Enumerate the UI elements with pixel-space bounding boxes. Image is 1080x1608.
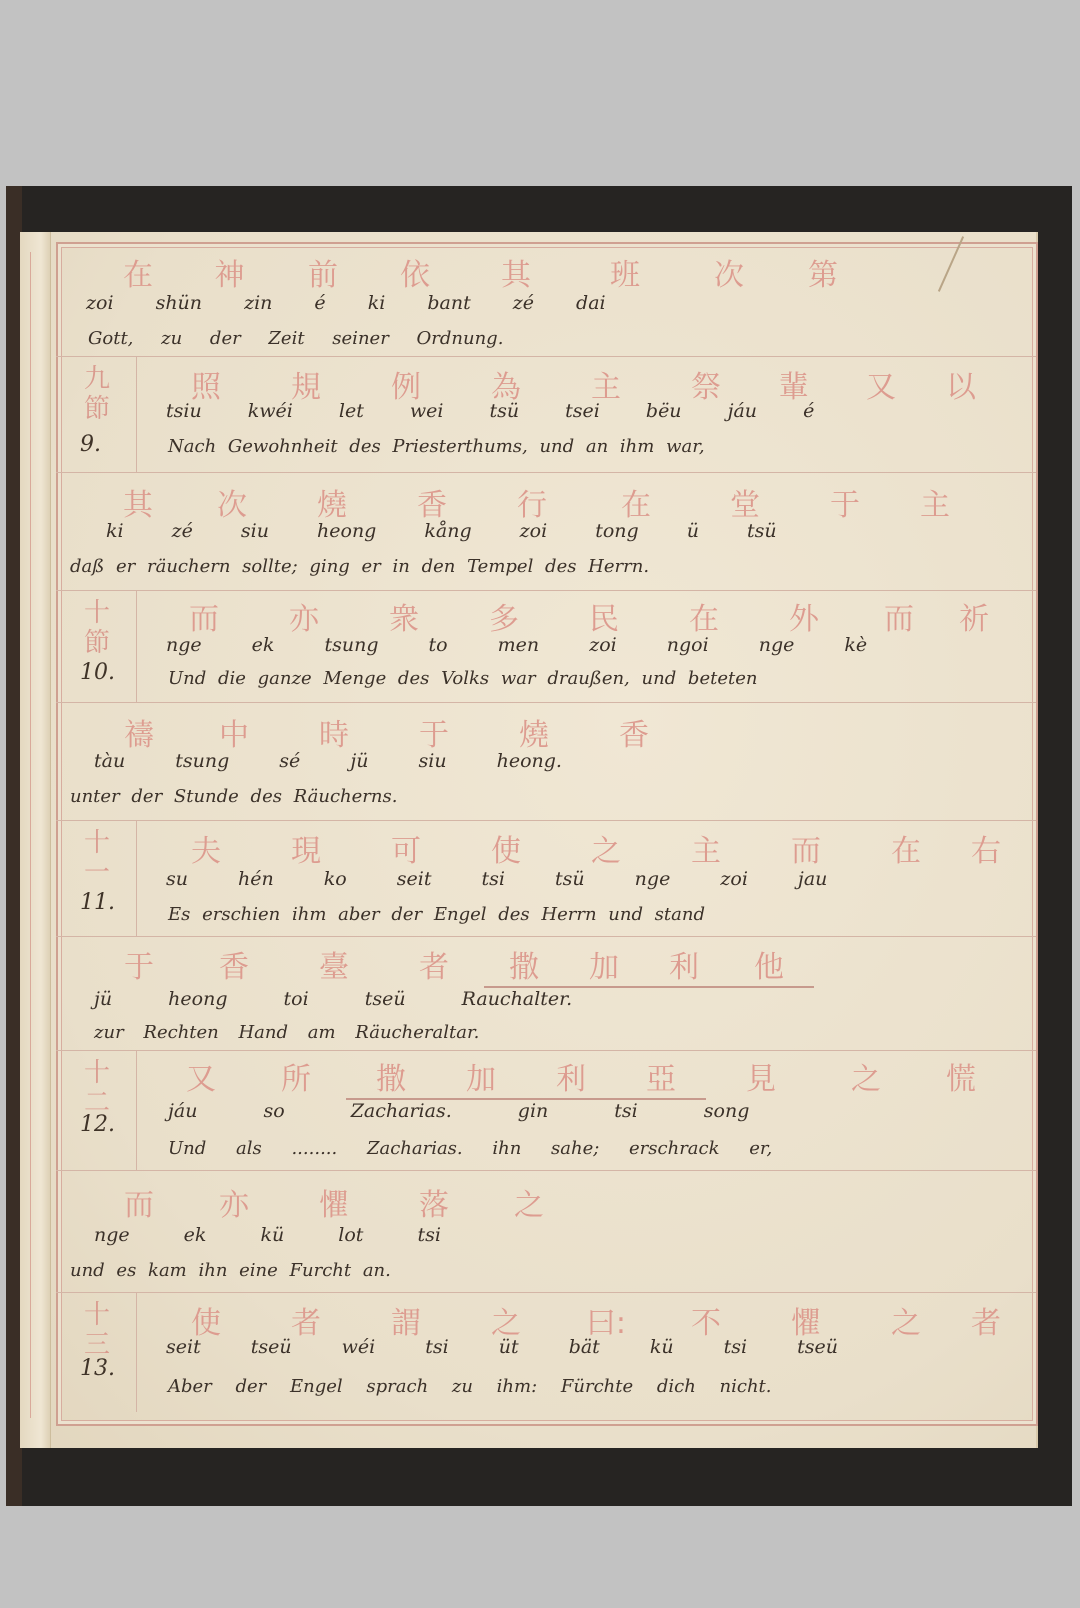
german-translation: Gott, zu der Zeit seiner Ordnung. — [88, 328, 503, 349]
verse-number: 13. — [80, 1356, 115, 1381]
german-translation: Und als ........ Zacharias. ihn sahe; er… — [168, 1138, 772, 1159]
romanization-line: seit tseü wéi tsi üt bät kü tsi tseü — [166, 1336, 838, 1358]
gloss-row-verse-10: 十節 10. 而 亦 衆 多 民 在 外 而 祈 nge ek tsung to… — [56, 590, 1036, 703]
gloss-row: 而 亦 懼 落 之 nge ek kü lot tsi und es kam i… — [56, 1170, 1036, 1293]
verse-number: 10. — [80, 660, 115, 685]
romanization-line: tàu tsung sé jü siu heong. — [94, 750, 562, 772]
german-translation: Es erschien ihm aber der Engel des Herrn… — [168, 904, 705, 925]
verse-marker: 九節 9. — [56, 356, 137, 472]
gloss-row: 其 次 燒 香 行 在 堂 于 主 ki zé siu heong kång z… — [56, 472, 1036, 591]
chinese-line: 于 香 臺 者 撒 加 利 他 — [94, 942, 814, 988]
german-translation: und es kam ihn eine Furcht an. — [70, 1260, 391, 1281]
gloss-row-verse-12: 十二 12. 又 所 撒 加 利 亞 見 之 慌 jáu so Zacharia… — [56, 1050, 1036, 1171]
gloss-row-verse-13: 十三 13. 使 者 謂 之 曰: 不 懼 之 者 seit tseü wéi … — [56, 1292, 1036, 1412]
verse-chinese: 十節 — [82, 598, 112, 658]
chinese-line: 而 亦 懼 落 之 — [94, 1180, 574, 1224]
verse-marker: 十三 13. — [56, 1292, 137, 1412]
romanization-line: jáu so Zacharias. gin tsi song — [168, 1100, 749, 1122]
german-translation: daß er räuchern sollte; ging er in den T… — [70, 556, 649, 577]
verse-number: 11. — [80, 890, 115, 915]
manuscript-page: 在 神 前 依 其 班 次 第 zoi shün zin é ki bant z… — [20, 232, 1036, 1448]
chinese-line: 其 次 燒 香 行 在 堂 于 主 — [94, 480, 980, 524]
scan-frame: 在 神 前 依 其 班 次 第 zoi shün zin é ki bant z… — [6, 186, 1072, 1506]
gloss-row: 禱 中 時 于 燒 香 tàu tsung sé jü siu heong. u… — [56, 702, 1036, 821]
verse-chinese: 十二 — [82, 1058, 112, 1118]
chinese-line: 夫 現 可 使 之 主 而 在 右 — [156, 826, 1016, 870]
romanization-line: nge ek tsung to men zoi ngoi nge kè — [166, 634, 867, 656]
verse-chinese: 十一 — [82, 828, 112, 888]
verse-marker: 十一 11. — [56, 820, 137, 936]
chinese-line: 禱 中 時 于 燒 香 — [94, 710, 684, 754]
gloss-row: 于 香 臺 者 撒 加 利 他 jü heong toi tseü Raucha… — [56, 936, 1036, 1051]
verse-marker: 十節 10. — [56, 590, 137, 702]
german-translation: unter der Stunde des Räucherns. — [70, 786, 397, 807]
german-translation: zur Rechten Hand am Räucheraltar. — [94, 1022, 479, 1043]
page-gutter — [20, 232, 51, 1448]
chinese-line: 而 亦 衆 多 民 在 外 而 祈 — [154, 594, 1004, 638]
verse-number: 9. — [80, 432, 101, 457]
verse-marker: 十二 12. — [56, 1050, 137, 1170]
chinese-line: 在 神 前 依 其 班 次 第 — [94, 250, 867, 294]
romanization-line: jü heong toi tseü Rauchalter. — [94, 988, 572, 1010]
chinese-line: 又 所 撒 加 利 亞 見 之 慌 — [156, 1054, 1006, 1100]
romanization-line: tsiu kwéi let wei tsü tsei bëu jáu é — [166, 400, 814, 422]
gloss-row: 在 神 前 依 其 班 次 第 zoi shün zin é ki bant z… — [56, 244, 1036, 357]
german-translation: Und die ganze Menge des Volks war drauße… — [168, 668, 757, 689]
verse-chinese: 九節 — [82, 364, 112, 424]
romanization-line: nge ek kü lot tsi — [94, 1224, 441, 1246]
gloss-row-verse-9: 九節 9. 照 規 例 為 主 祭 輩 又 以 tsiu kwéi let we… — [56, 356, 1036, 473]
german-translation: Aber der Engel sprach zu ihm: Fürchte di… — [168, 1376, 772, 1397]
verse-number: 12. — [80, 1112, 115, 1137]
verse-chinese: 十三 — [82, 1300, 112, 1360]
gloss-row-verse-11: 十一 11. 夫 現 可 使 之 主 而 在 右 su hén ko seit … — [56, 820, 1036, 937]
romanization-line: ki zé siu heong kång zoi tong ü tsü — [106, 520, 777, 542]
romanization-line: su hén ko seit tsi tsü nge zoi jau — [166, 868, 827, 890]
german-translation: Nach Gewohnheit des Priesterthums, und a… — [168, 436, 705, 457]
romanization-line: zoi shün zin é ki bant zé dai — [86, 292, 606, 314]
